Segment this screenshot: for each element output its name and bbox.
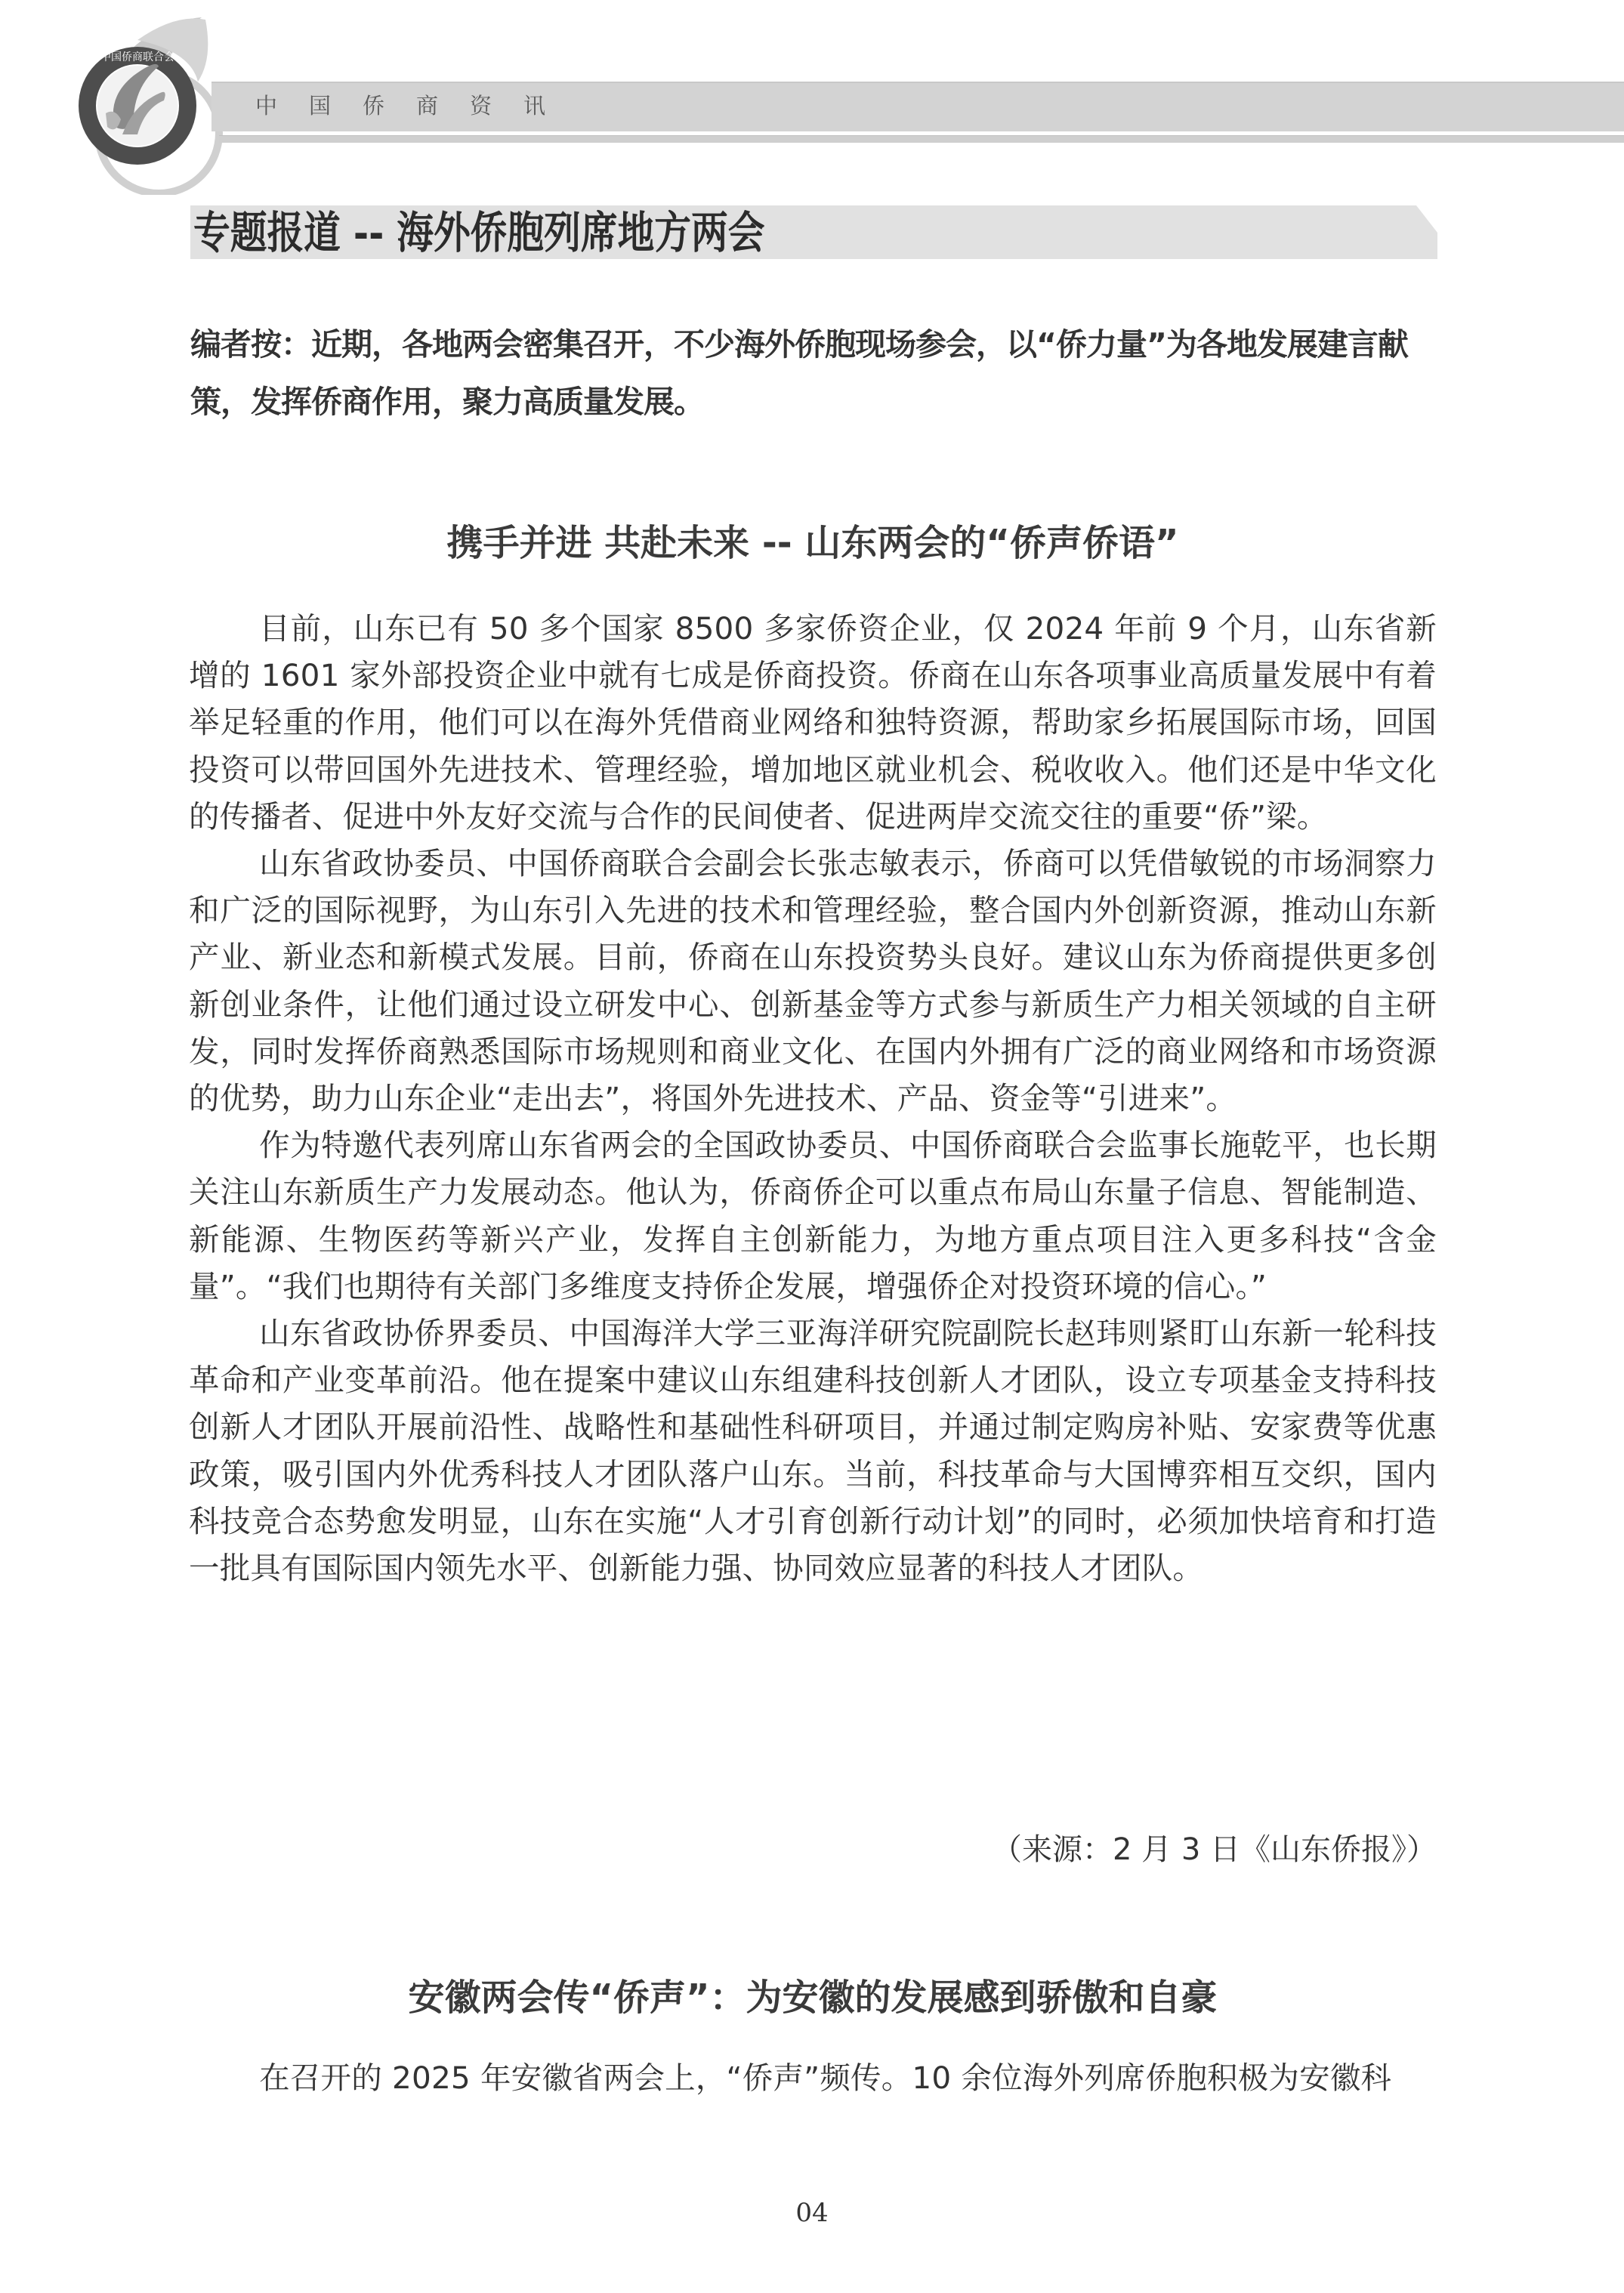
editor-note: 编者按：近期，各地两会密集召开，不少海外侨胞现场参会，以“侨力量”为各地发展建言… — [190, 316, 1444, 431]
paragraph: 山东省政协委员、中国侨商联合会副会长张志敏表示，侨商可以凭借敏锐的市场洞察力和广… — [189, 840, 1437, 1122]
publication-title-char: 中 — [255, 89, 309, 122]
svg-text:中国侨商联合会: 中国侨商联合会 — [100, 51, 174, 63]
paragraph: 在召开的 2025 年安徽省两会上，“侨声”频传。10 余位海外列席侨胞积极为安… — [189, 2054, 1437, 2101]
article-body: 在召开的 2025 年安徽省两会上，“侨声”频传。10 余位海外列席侨胞积极为安… — [189, 2054, 1437, 2101]
article-heading: 携手并进 共赴未来 -- 山东两会的“侨声侨语” — [189, 517, 1437, 569]
article-heading: 安徽两会传“侨声”：为安徽的发展感到骄傲和自豪 — [189, 1971, 1437, 2024]
section-title: 专题报道 -- 海外侨胞列席地方两会 — [193, 204, 764, 261]
paragraph: 山东省政协侨界委员、中国海洋大学三亚海洋研究院副院长赵玮则紧盯山东新一轮科技革命… — [189, 1310, 1437, 1591]
publication-title-char: 资 — [470, 89, 523, 122]
article-body: 目前，山东已有 50 多个国家 8500 多家侨资企业，仅 2024 年前 9 … — [189, 605, 1437, 1591]
paragraph: 目前，山东已有 50 多个国家 8500 多家侨资企业，仅 2024 年前 9 … — [189, 605, 1437, 840]
page-number: 04 — [0, 2198, 1624, 2228]
header-rule — [219, 135, 1624, 143]
publication-title-char: 讯 — [523, 89, 577, 122]
article-source: （来源：2 月 3 日《山东侨报》） — [982, 1827, 1437, 1872]
publication-title-char: 商 — [416, 89, 470, 122]
publication-title-char: 侨 — [363, 89, 416, 122]
publication-title-char: 国 — [309, 89, 363, 122]
paragraph: 作为特邀代表列席山东省两会的全国政协委员、中国侨商联合会监事长施乾平，也长期关注… — [189, 1122, 1437, 1310]
publication-title: 中 国 侨 商 资 讯 — [255, 89, 577, 122]
